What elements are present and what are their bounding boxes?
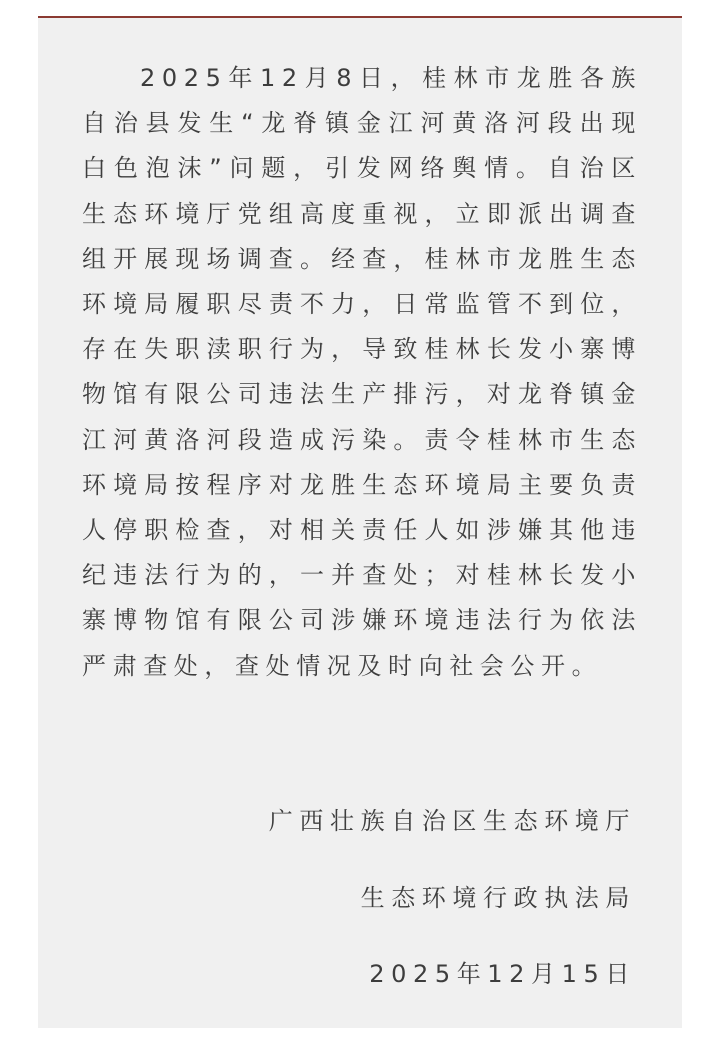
notice-box: 2025年12月8日，桂林市龙胜各族自治县发生“龙脊镇金江河黄洛河段出现白色泡沫… (38, 16, 682, 1028)
notice-body-text: 2025年12月8日，桂林市龙胜各族自治县发生“龙脊镇金江河黄洛河段出现白色泡沫… (82, 56, 642, 689)
signature-bureau: 生态环境行政执法局 (361, 878, 636, 913)
signature-organization: 广西壮族自治区生态环境厅 (269, 801, 636, 836)
signature-date: 2025年12月15日 (369, 954, 636, 989)
